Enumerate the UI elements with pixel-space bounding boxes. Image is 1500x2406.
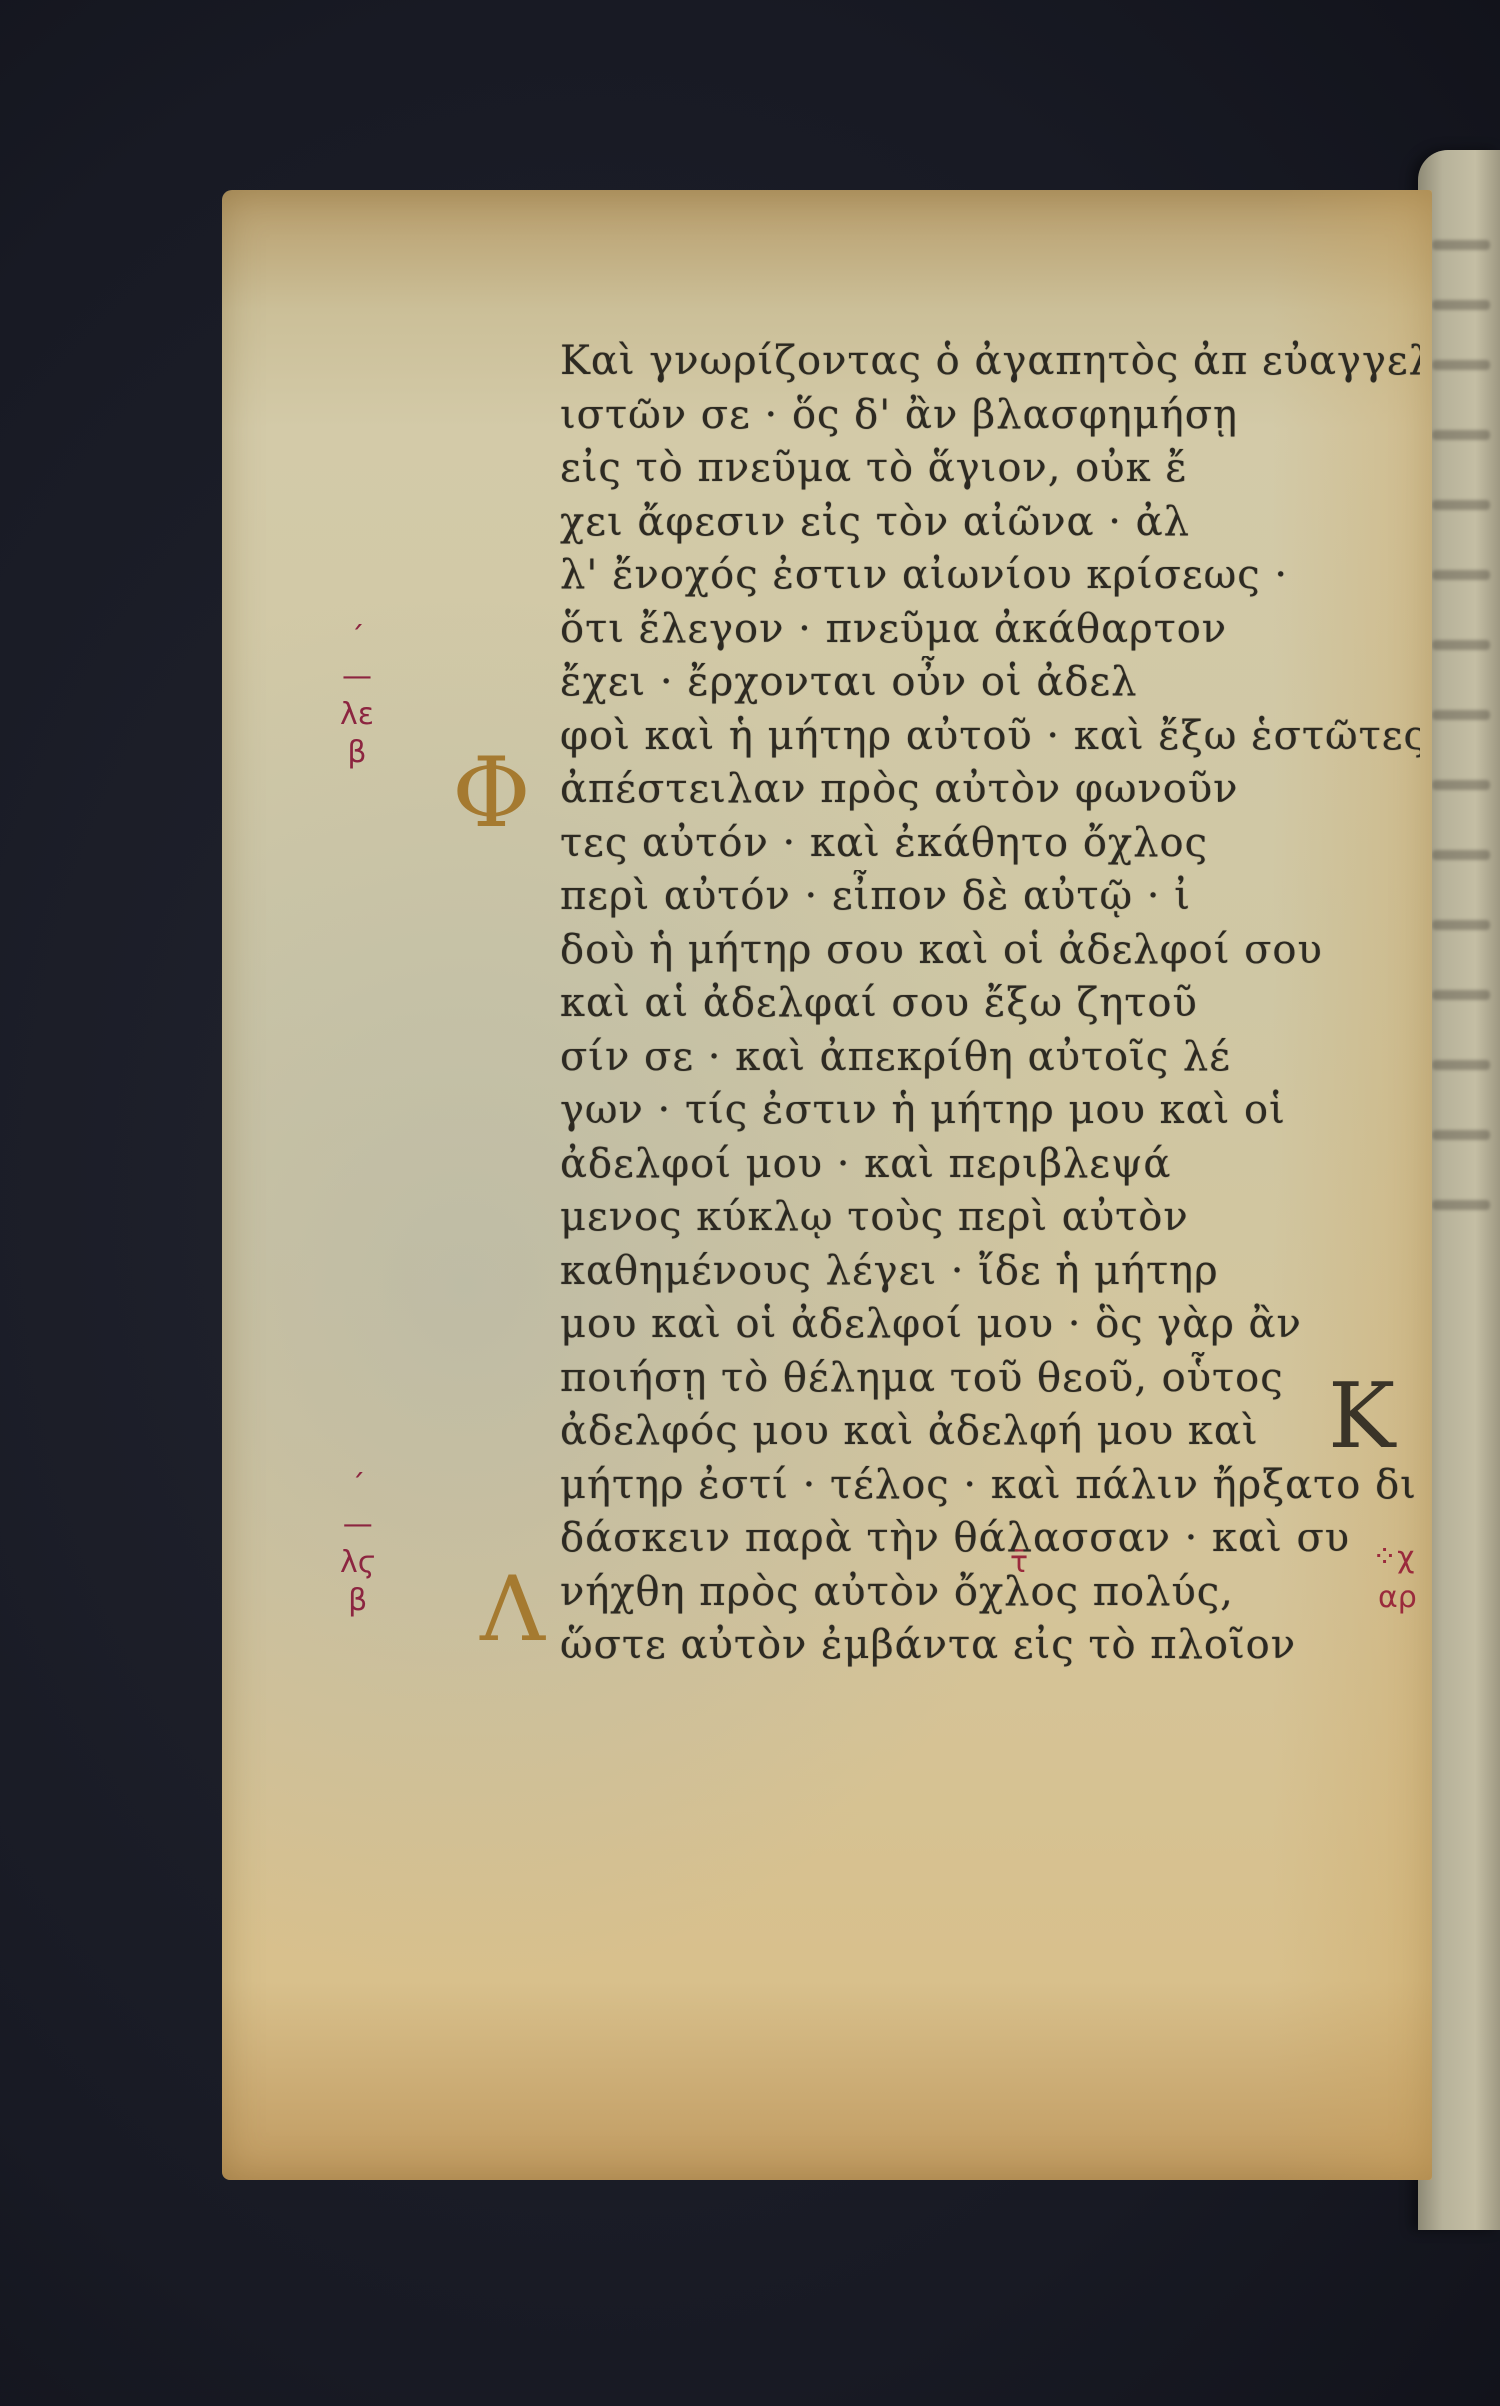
- text-line: γων · τίς ἐστιν ἡ μήτηρ μου καὶ οἱ: [560, 1084, 1420, 1138]
- text-line: μήτηρ ἐστί · τέλος · καὶ πάλιν ἤρξατο δι: [560, 1459, 1420, 1513]
- text-line: εἰς τὸ πνεῦμα τὸ ἅγιον, οὐκ ἔ: [560, 442, 1420, 496]
- rubric-right-x: ⁘χ: [1372, 1540, 1414, 1575]
- text-line: τες αὐτόν · καὶ ἐκάθητο ὄχλος: [560, 817, 1420, 871]
- ghost-text: [1432, 710, 1490, 720]
- margin-canon-number: β: [340, 1582, 375, 1620]
- text-line: ποιήσῃ τὸ θέλημα τοῦ θεοῦ, οὗτος: [560, 1352, 1420, 1406]
- text-line: λ' ἔνοχός ἐστιν αἰωνίου κρίσεως ·: [560, 549, 1420, 603]
- initial-lambda: Λ: [480, 1565, 545, 1655]
- margin-section-number: λϛ: [340, 1544, 375, 1582]
- text-line: ἀπέστειλαν πρὸς αὐτὸν φωνοῦν: [560, 763, 1420, 817]
- text-line: νήχθη πρὸς αὐτὸν ὄχλος πολύς,: [560, 1566, 1420, 1620]
- margin-accent: ΄: [340, 1468, 375, 1506]
- ghost-text: [1432, 1200, 1490, 1210]
- ghost-text: [1432, 850, 1490, 860]
- text-line: μενος κύκλῳ τοὺς περὶ αὐτὸν: [560, 1191, 1420, 1245]
- ghost-text: [1432, 780, 1490, 790]
- margin-bar: —: [340, 1506, 375, 1544]
- rubric-telos: τ̄: [1010, 1545, 1028, 1580]
- text-line: ὅτι ἔλεγον · πνεῦμα ἀκάθαρτον: [560, 603, 1420, 657]
- text-line: ὥστε αὐτὸν ἐμβάντα εἰς τὸ πλοῖον: [560, 1619, 1420, 1673]
- ghost-text: [1432, 990, 1490, 1000]
- ghost-text: [1432, 640, 1490, 650]
- ghost-text: [1432, 300, 1490, 310]
- ghost-text: [1432, 430, 1490, 440]
- text-line: χει ἄφεσιν εἰς τὸν αἰῶνα · ἀλ: [560, 496, 1420, 550]
- initial-phi: Φ: [452, 745, 531, 841]
- text-line: περὶ αὐτόν · εἶπον δὲ αὐτῷ · ἰ: [560, 870, 1420, 924]
- text-line: δάσκειν παρὰ τὴν θάλασσαν · καὶ συ: [560, 1512, 1420, 1566]
- margin-canon-number: β: [340, 734, 374, 772]
- text-line: φοὶ καὶ ἡ μήτηρ αὐτοῦ · καὶ ἔξω ἑστῶτες: [560, 710, 1420, 764]
- text-line: Καὶ γνωρίζοντας ὁ ἀγαπητὸς ἀπ εὐαγγελ: [560, 335, 1420, 389]
- text-line: ἔχει · ἔρχονται οὖν οἱ ἀδελ: [560, 656, 1420, 710]
- ghost-text: [1432, 360, 1490, 370]
- ghost-text: [1432, 240, 1490, 250]
- text-line: ἀδελφοί μου · καὶ περιβλεψά: [560, 1138, 1420, 1192]
- margin-accent: ΄: [340, 620, 374, 658]
- margin-section-number: λε: [340, 696, 374, 734]
- ghost-text: [1432, 570, 1490, 580]
- ghost-text: [1432, 500, 1490, 510]
- margin-note-section-35: ΄ — λε β: [340, 620, 374, 772]
- text-line: καὶ αἱ ἀδελφαί σου ἔξω ζητοῦ: [560, 977, 1420, 1031]
- margin-note-section-36: ΄ — λϛ β: [340, 1468, 375, 1620]
- text-line: σίν σε · καὶ ἀπεκρίθη αὐτοῖς λέ: [560, 1031, 1420, 1085]
- text-line: καθημένους λέγει · ἴδε ἡ μήτηρ: [560, 1245, 1420, 1299]
- text-line: ιστῶν σε · ὅς δ' ἂν βλασφημήσῃ: [560, 389, 1420, 443]
- text-line: μου καὶ οἱ ἀδελφοί μου · ὃς γὰρ ἂν: [560, 1298, 1420, 1352]
- initial-kappa-right: Κ: [1328, 1372, 1395, 1462]
- rubric-right-ar: αρ: [1378, 1580, 1417, 1615]
- ghost-text: [1432, 1130, 1490, 1140]
- ghost-text: [1432, 920, 1490, 930]
- margin-bar: —: [340, 658, 374, 696]
- ghost-text: [1432, 1060, 1490, 1070]
- main-text-block: Καὶ γνωρίζοντας ὁ ἀγαπητὸς ἀπ εὐαγγελ ισ…: [560, 335, 1420, 1673]
- text-line: δοὺ ἡ μήτηρ σου καὶ οἱ ἀδελφοί σου: [560, 924, 1420, 978]
- text-line: ἀδελφός μου καὶ ἀδελφή μου καὶ: [560, 1405, 1420, 1459]
